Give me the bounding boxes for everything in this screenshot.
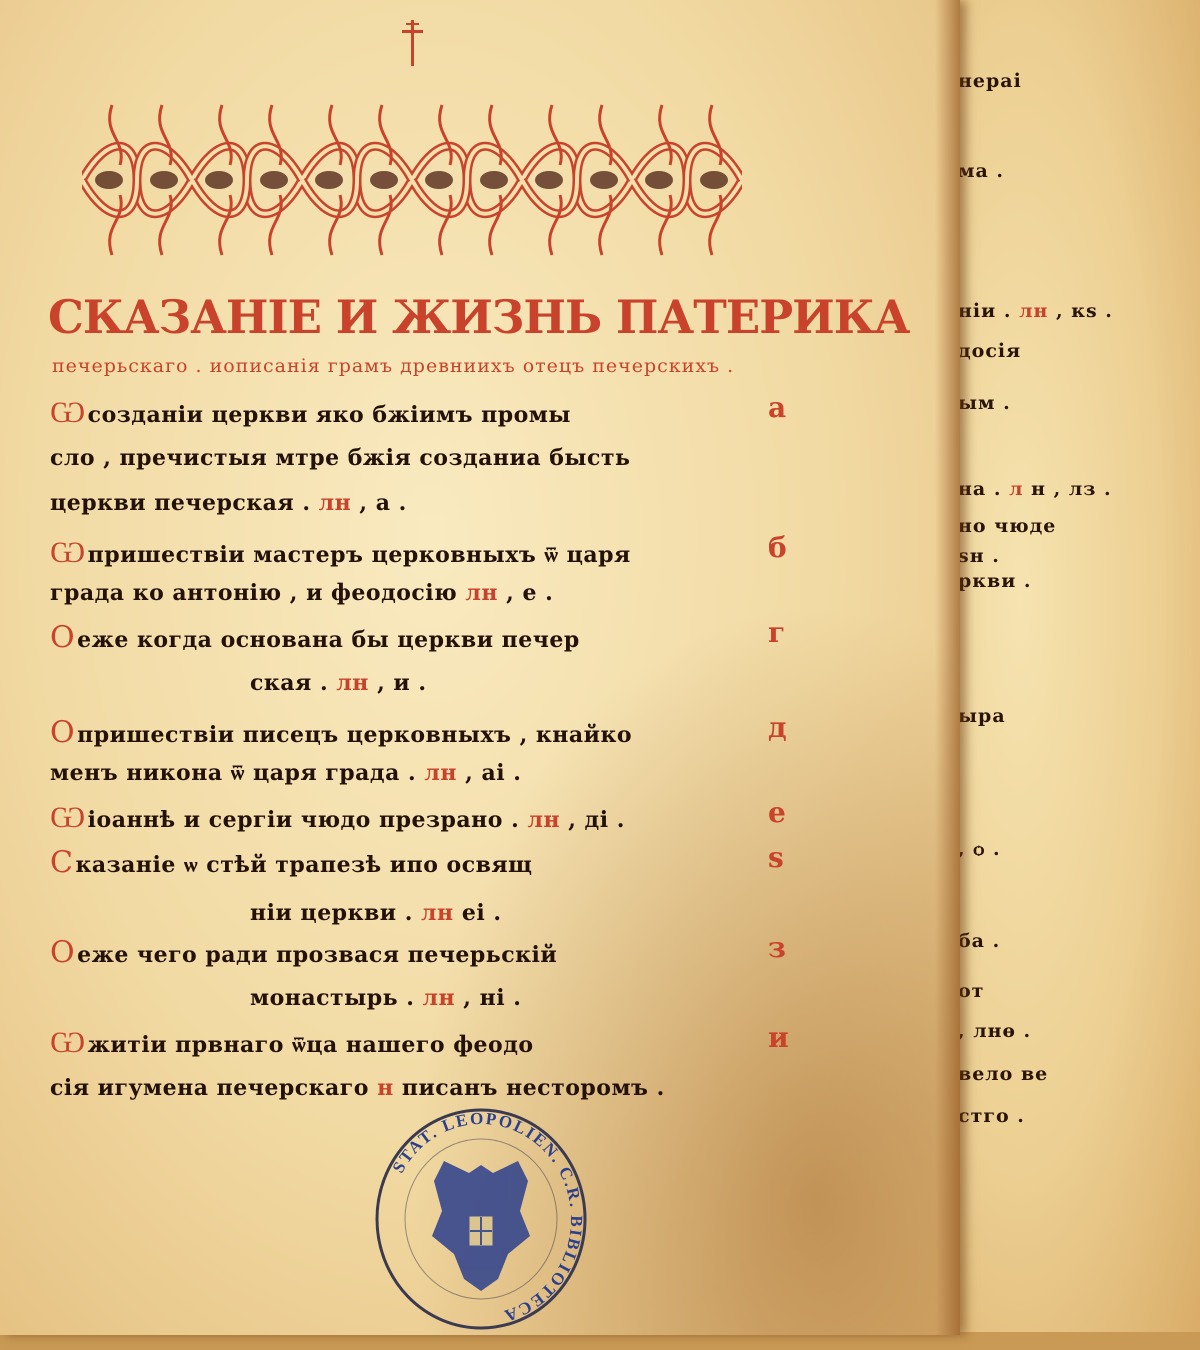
line-text: монастырь . — [250, 985, 423, 1011]
toc-line: сло , пречистыя мтре бжія созданиа бысть — [50, 445, 630, 471]
chapter-number: и — [768, 1021, 789, 1054]
double-headed-eagle-icon — [432, 1161, 530, 1291]
facing-page-line: от — [958, 980, 984, 1002]
line-text: созданіи церкви яко бжіимъ промы — [88, 402, 571, 428]
line-text: еже когда основана бы церкви печер — [77, 627, 580, 653]
red-initial: О — [50, 620, 75, 655]
chapter-number: г — [768, 616, 785, 649]
toc-line: Ѡжитіи првнаго ѿца нашего феодо — [50, 1025, 534, 1060]
chapter-number: а — [768, 391, 786, 424]
line-text: ская . — [250, 670, 336, 696]
facing-page-line: ніи . лн , кѕ . — [958, 300, 1113, 322]
folio-ref-red: н — [377, 1075, 394, 1101]
facing-page-line: досія — [958, 340, 1021, 362]
facing-page-line: ым . — [958, 392, 1011, 414]
line-text: ніи церкви . — [250, 900, 421, 926]
toc-line: ніи церкви . лн еі . — [250, 900, 502, 926]
chapter-number: д — [768, 711, 787, 744]
folio-ref: , ді . — [560, 807, 625, 833]
folio-ref-red: лн — [421, 900, 454, 926]
folio-ref: , а . — [351, 490, 407, 516]
chapter-number: е — [768, 796, 786, 829]
red-initial: О — [50, 935, 75, 970]
line-text: пришествіи мастеръ церковныхъ ѿ царя — [88, 542, 631, 568]
toc-line: Ѡіоаннѣ и сергіи чюдо презрано . лн , ді… — [50, 800, 625, 835]
toc-line: монастырь . лн , ні . — [250, 985, 521, 1011]
facing-page-line: но чюде — [958, 515, 1056, 537]
facing-page-line: ма . — [958, 160, 1004, 182]
red-initial: Ѡ — [50, 395, 86, 430]
facing-page-line: нераі — [958, 70, 1022, 92]
chapter-number: б — [768, 531, 787, 564]
facing-page-line: ыра — [958, 705, 1006, 727]
facing-page-line: вело ве — [958, 1063, 1048, 1085]
facing-page-line: стго . — [958, 1105, 1025, 1127]
folio-ref-red: лн — [424, 760, 457, 786]
folio-ref-red: лн — [336, 670, 369, 696]
manuscript-page: СКАЗАНІЕ И ЖИЗНЬ ПАТЕРИКА печерьскаго . … — [0, 0, 960, 1335]
facing-page-line: , ѻ . — [958, 838, 1001, 861]
chapter-number: з — [768, 931, 786, 964]
toc-line: града ко антонію , и феодосію лн , е . — [50, 580, 553, 606]
facing-page-line: на . л н , лз . — [958, 478, 1112, 500]
folio-ref: , и . — [369, 670, 427, 696]
folio-ref-red: лн — [319, 490, 352, 516]
line-text: пришествіи писецъ церковныхъ , кнайко — [77, 722, 632, 748]
line-text: церкви печерская . — [50, 490, 319, 516]
red-initial: Ѡ — [50, 800, 86, 835]
interlace-ornament — [82, 95, 742, 265]
line-text: сло , пречистыя мтре бжія созданиа бысть — [50, 445, 630, 471]
folio-ref: еі . — [454, 900, 502, 926]
facing-page-line: ркви . — [958, 570, 1032, 592]
toc-line: сія игумена печерскаго н писанъ нестором… — [50, 1075, 665, 1101]
folio-ref-red: лн — [527, 807, 560, 833]
chapter-number: ѕ — [768, 841, 784, 874]
toc-line: Оеже чего ради прозвася печерьскій — [50, 935, 557, 970]
toc-line: Ѡсозданіи церкви яко бжіимъ промы — [50, 395, 571, 430]
red-initial: Ѡ — [50, 1025, 86, 1060]
toc-line: менъ никона ѿ царя града . лн , аі . — [50, 760, 521, 786]
page-title: СКАЗАНІЕ И ЖИЗНЬ ПАТЕРИКА — [48, 290, 909, 344]
facing-page-line: ѕн . — [958, 545, 1000, 567]
line-text: менъ никона ѿ царя града . — [50, 760, 424, 786]
toc-line: Сказаніе ѡ стѣй трапезѣ ипо освящ — [50, 845, 532, 880]
toc-line: церкви печерская . лн , а . — [50, 490, 407, 516]
line-text: еже чего ради прозвася печерьскій — [77, 942, 557, 968]
red-initial: О — [50, 715, 75, 750]
line-text: града ко антонію , и феодосію — [50, 580, 465, 606]
folio-ref: , ні . — [455, 985, 521, 1011]
page-subtitle: печерьскаго . иописанія грамъ древниихъ … — [52, 355, 734, 377]
line-text: казаніе ѡ стѣй трапезѣ ипо освящ — [75, 852, 532, 878]
folio-ref-red: лн — [423, 985, 456, 1011]
folio-ref: писанъ несторомъ . — [394, 1075, 665, 1101]
toc-line: Ѡпришествіи мастеръ церковныхъ ѿ царя — [50, 535, 631, 570]
red-initial: С — [50, 845, 73, 880]
toc-line: Опришествіи писецъ церковныхъ , кнайко — [50, 715, 632, 750]
folio-ref: , аі . — [457, 760, 521, 786]
folio-ref: , е . — [498, 580, 553, 606]
cross-icon — [398, 18, 428, 68]
toc-line: Оеже когда основана бы церкви печер — [50, 620, 580, 655]
red-initial: Ѡ — [50, 535, 86, 570]
facing-page-line: , лнѳ . — [958, 1020, 1031, 1042]
page-edge-shadow — [935, 0, 960, 1335]
toc-line: ская . лн , и . — [250, 670, 427, 696]
library-stamp: STAT. LEOPOLIEN. C.R. BIBLIOTECA — [372, 1105, 590, 1333]
line-text: житіи првнаго ѿца нашего феодо — [88, 1032, 534, 1058]
line-text: іоаннѣ и сергіи чюдо презрано . — [88, 807, 528, 833]
line-text: сія игумена печерскаго — [50, 1075, 377, 1101]
facing-page-line: ба . — [958, 930, 1000, 952]
folio-ref-red: лн — [465, 580, 498, 606]
